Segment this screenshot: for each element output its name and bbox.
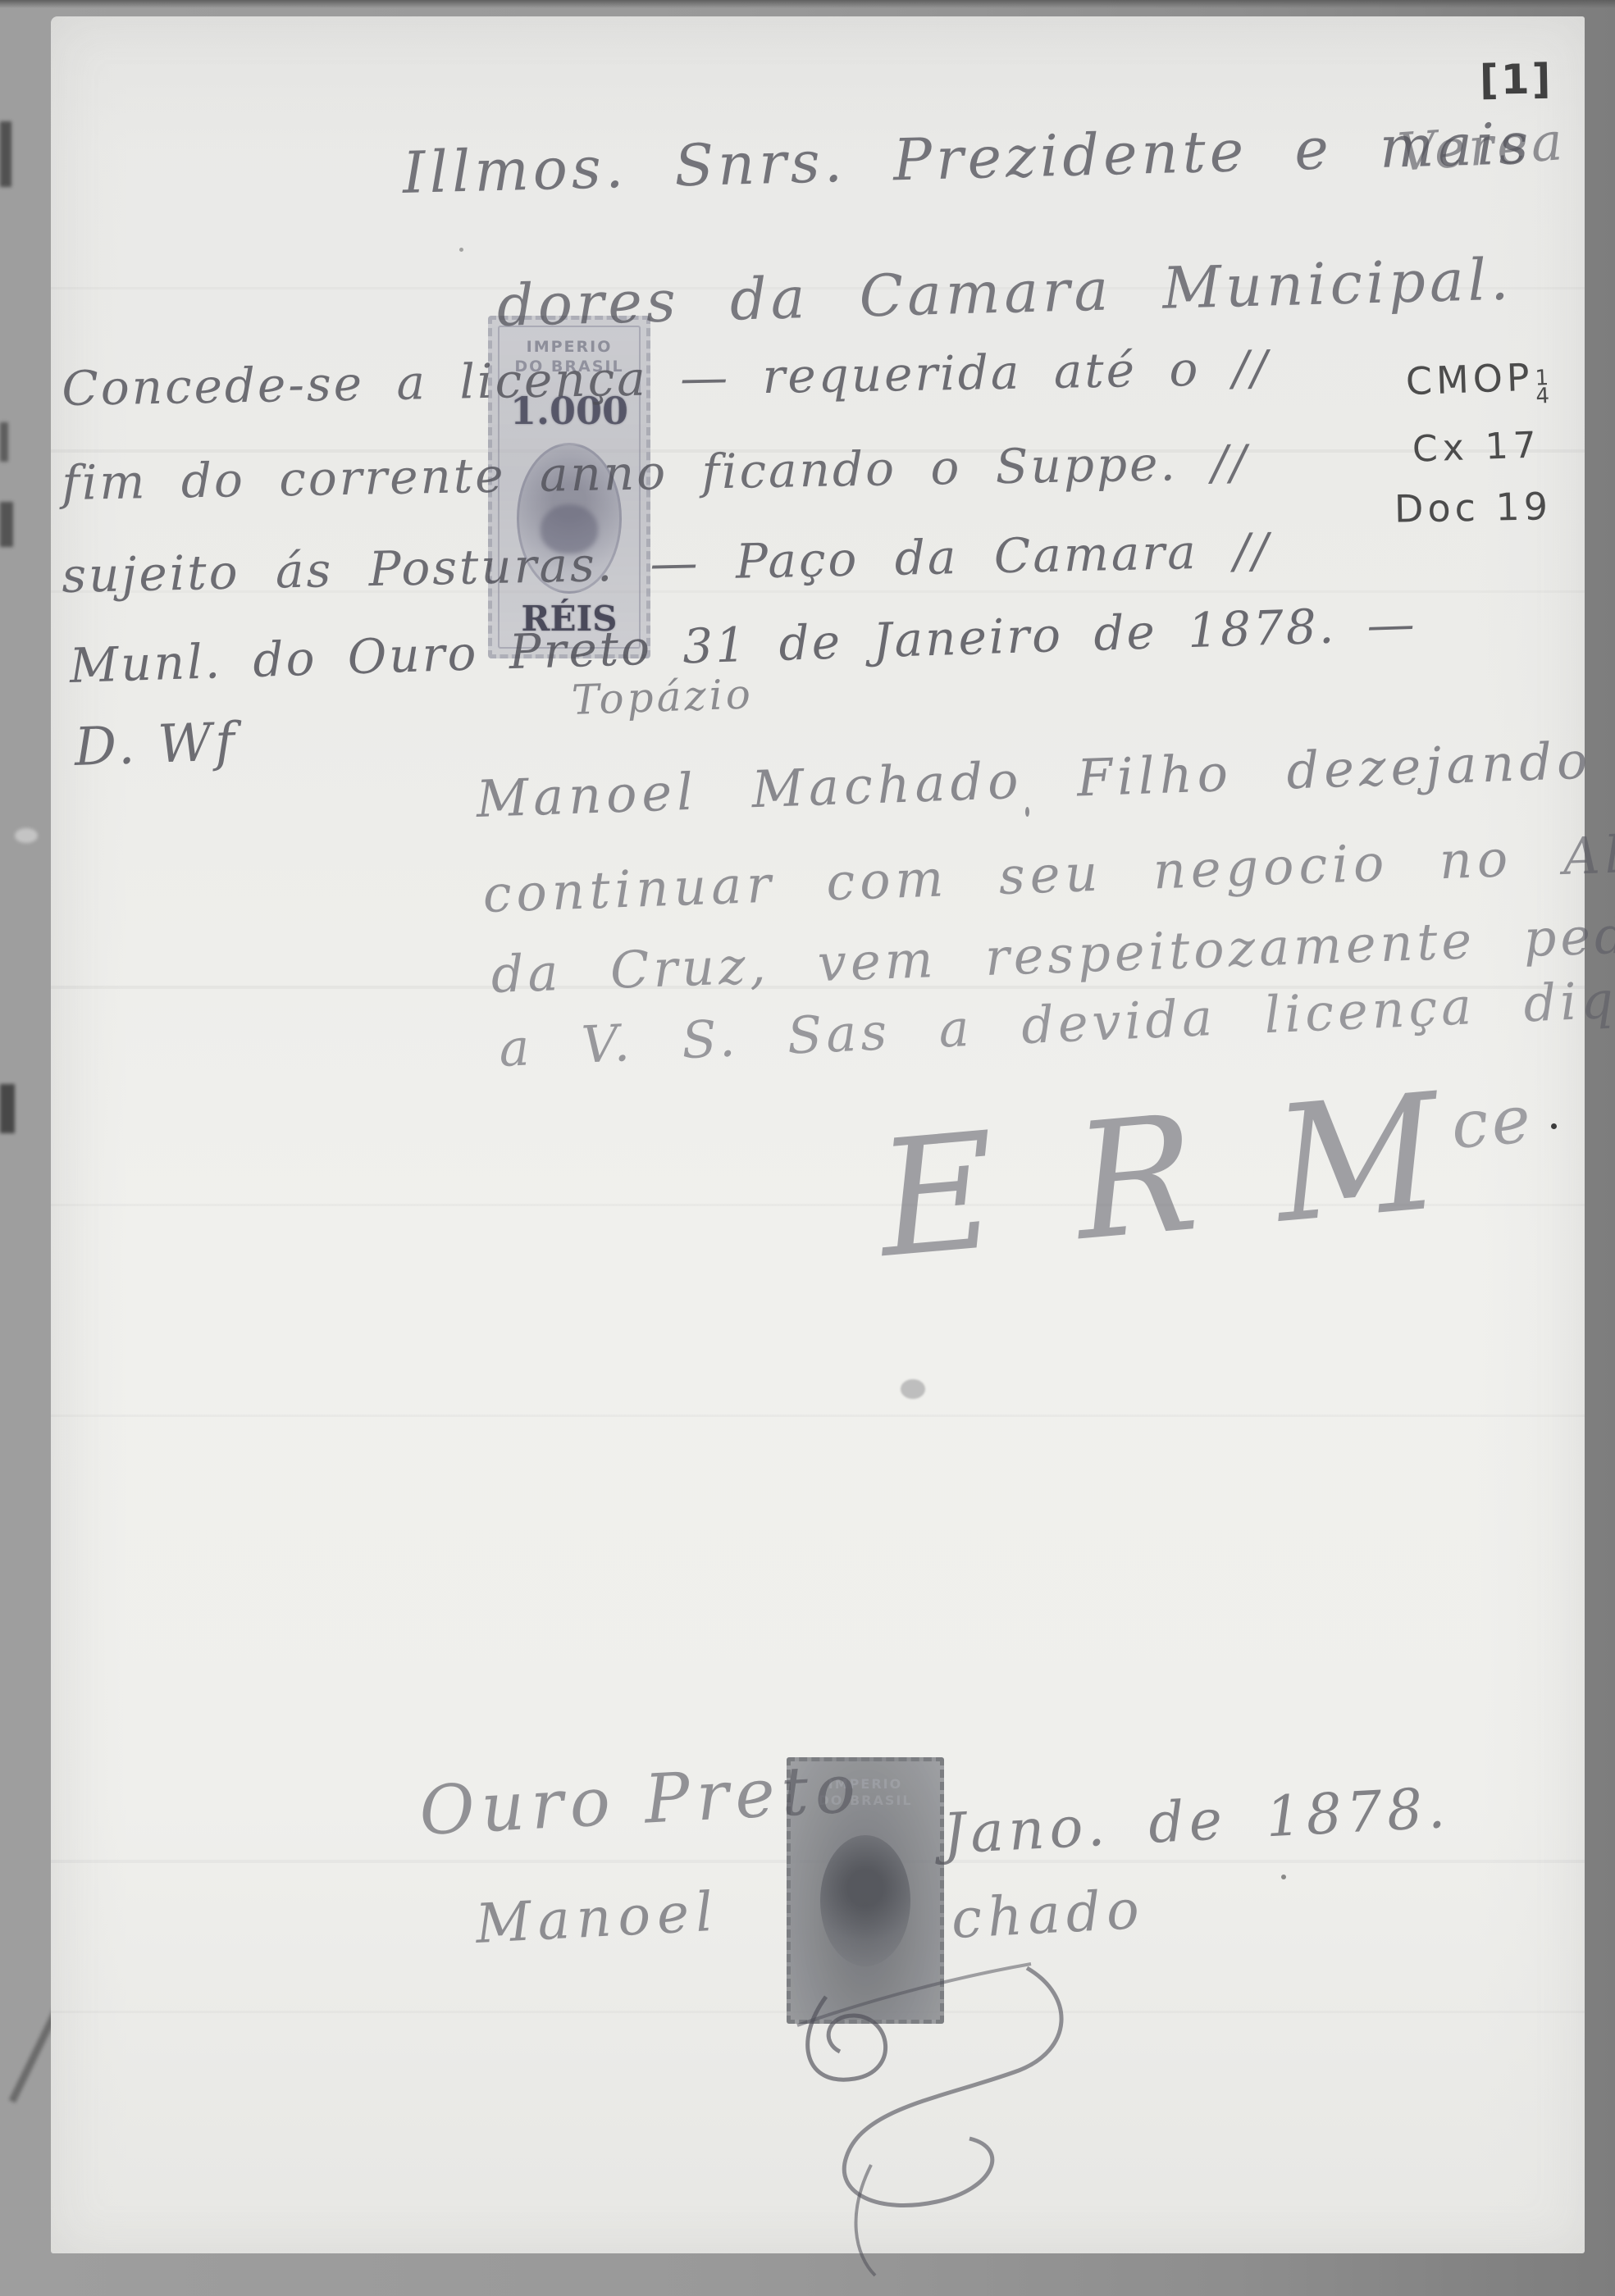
heading-line-1-end: Verea — [1396, 112, 1568, 184]
dispatch-line-1: Concede-se a licença — requerida até o /… — [62, 339, 1271, 417]
edge-smudge — [15, 828, 38, 843]
archive-box-mark: Cx 17 — [1412, 424, 1541, 470]
signature-rubric-flourish — [748, 1919, 1207, 2280]
paper-blot — [901, 1379, 925, 1399]
archive-doc-mark: Doc 19 — [1394, 484, 1553, 531]
dispatch-line-2: fim do corrente anno ficando o Suppe. // — [62, 435, 1249, 511]
edge-smudge — [0, 502, 13, 547]
dispatch-initials: D. Wf — [73, 712, 239, 778]
edge-smudge — [0, 1084, 15, 1133]
signature-name-left: Manoel — [474, 1880, 721, 1956]
archive-collection-num-bottom: 4 — [1535, 387, 1553, 406]
dispatch-signature-topazio: Topázio — [571, 670, 755, 724]
courtesy-flourish-erm: E R Mce — [871, 1050, 1544, 1293]
courtesy-superscript: ce — [1448, 1081, 1537, 1164]
edge-smudge — [0, 121, 11, 187]
petition-line-1: Manoel Machado Filho dezejando — [475, 731, 1593, 829]
paper-speck — [459, 248, 463, 252]
paper-speck — [1025, 807, 1029, 817]
scanned-document-page: { "scan": { "corner_mark": "[1]", "archi… — [0, 0, 1615, 2296]
archive-collection-label: CMOP — [1405, 355, 1535, 403]
scan-streak — [51, 1414, 1585, 1417]
paper-speck — [1281, 1875, 1286, 1879]
edge-smudge — [0, 422, 8, 462]
signature-date: Jano. de 1878. — [942, 1776, 1452, 1867]
archive-collection-mark: CMOP14 — [1405, 354, 1553, 410]
courtesy-initials: E R M — [871, 1058, 1462, 1293]
heading-line-1: Illmos. Snrs. Prezidente e mais — [402, 110, 1533, 207]
paper-speck — [1551, 1123, 1557, 1129]
document-paper: IMPERIO DO BRASIL 1.000 RÉIS IMPERIO DO … — [51, 16, 1585, 2253]
heading-line-2: dores da Camara Municipal. — [496, 246, 1513, 339]
petition-line-2: continuar com seu negocio no Alto — [481, 822, 1615, 924]
page-number-mark: [1] — [1480, 55, 1553, 104]
scanner-top-edge — [0, 0, 1615, 8]
